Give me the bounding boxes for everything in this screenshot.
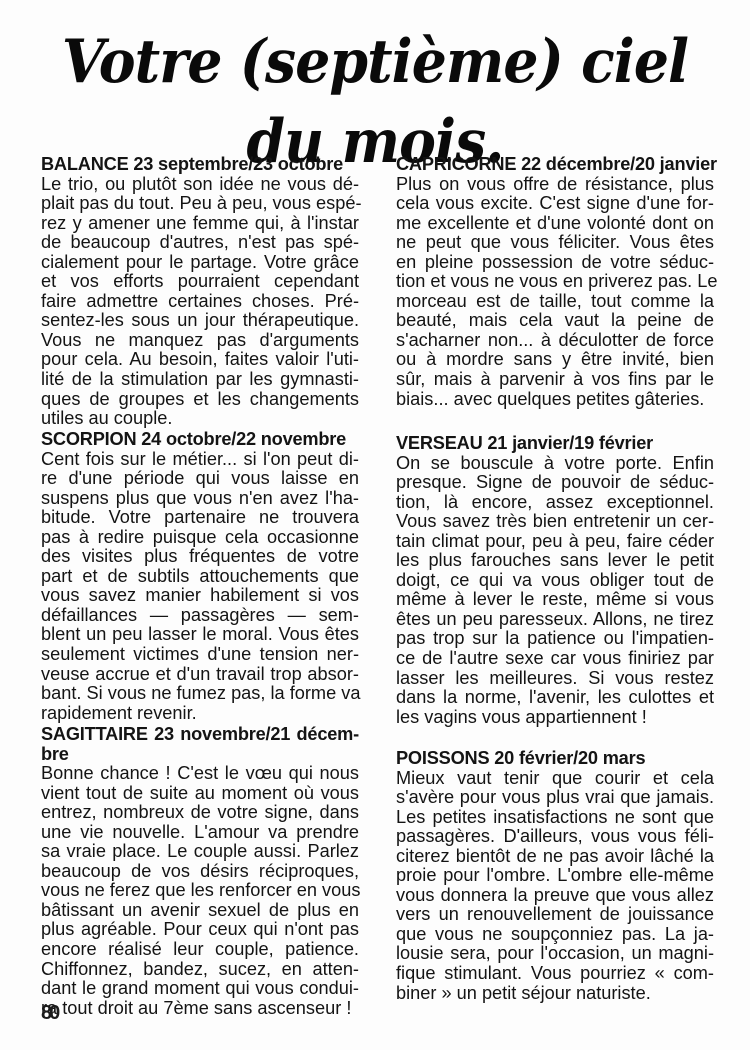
body-line: êtes un peu paresseux. Allons, ne tirez xyxy=(396,610,714,630)
entry-body: Le trio, ou plutôt son idée ne vous dé- … xyxy=(41,175,359,429)
body-line: bâtissant un avenir sexuel de plus en xyxy=(41,901,359,921)
body-line: encore réalisé leur couple, patience. xyxy=(41,940,359,960)
body-line: entrez, nombreux de votre signe, dans xyxy=(41,803,359,823)
body-line: une vie nouvelle. L'amour va prendre xyxy=(41,823,359,843)
body-line: rapidement revenir. xyxy=(41,704,359,724)
body-line: même à lever le reste, même si vous xyxy=(396,590,714,610)
body-line: seulement victimes d'une tension ner- xyxy=(41,645,359,665)
body-line: ra tout droit au 7ème sans ascenseur ! xyxy=(41,999,359,1019)
body-line: s'acharner non... à déculotter de force xyxy=(396,331,714,351)
body-line: beauté, mais cela vaut la peine de xyxy=(396,311,714,331)
horoscope-entry-scorpion: SCORPION 24 octobre/22 novembre Cent foi… xyxy=(41,430,359,723)
body-line: et vos efforts pourraient cependant xyxy=(41,272,359,292)
body-line: lité de la stimulation par les gymnasti- xyxy=(41,370,359,390)
body-line: sa vraie place. Le couple aussi. Parlez xyxy=(41,842,359,862)
body-line: Bonne chance ! C'est le vœu qui nous xyxy=(41,764,359,784)
body-line: rez y amener une femme qui, à l'instar xyxy=(41,214,359,234)
body-line: dant le grand moment qui vous condui- xyxy=(41,979,359,999)
body-line: part et de subtils attouchements que xyxy=(41,567,359,587)
body-line: proie pour l'ombre. L'ombre elle-même xyxy=(396,866,714,886)
entry-body: Cent fois sur le métier... si l'on peut … xyxy=(41,450,359,724)
body-line: pour cela. Au besoin, faites valoir l'ut… xyxy=(41,350,359,370)
body-line: doigt, ce qui va vous obliger tout de xyxy=(396,571,714,591)
body-line: sentez-les sous un jour thérapeutique. xyxy=(41,311,359,331)
body-line: en pleine possession de votre séduc- xyxy=(396,253,714,273)
magazine-page: Votre (septième) ciel du mois. BALANCE 2… xyxy=(0,0,750,1050)
body-line: veuse accrue et d'un travail trop absor- xyxy=(41,665,359,685)
body-line: défaillances — passagères — sem- xyxy=(41,606,359,626)
horoscope-entry-poissons: POISSONS 20 février/20 mars Mieux vaut t… xyxy=(396,749,714,1003)
page-number: 80 xyxy=(41,1002,57,1025)
entry-heading: BALANCE 23 septembre/23 octobre xyxy=(41,155,359,175)
body-line: cialement pour le partage. Votre grâce xyxy=(41,253,359,273)
body-line: pas à redire puisque cela occasionne xyxy=(41,528,359,548)
entry-body: On se bouscule à votre porte. Enfin pres… xyxy=(396,454,714,728)
body-line: vous donnera la preuve que vous allez xyxy=(396,886,714,906)
body-line: Chiffonnez, bandez, sucez, en atten- xyxy=(41,960,359,980)
body-line: citerez bientôt de ne pas avoir lâché la xyxy=(396,847,714,867)
body-line: Mieux vaut tenir que courir et cela xyxy=(396,769,714,789)
entry-heading: SAGITTAIRE 23 novembre/21 décem- bre xyxy=(41,725,359,764)
body-line: cela vous excite. C'est signe d'une for- xyxy=(396,194,714,214)
body-line: lasser les meilleures. Si vous restez xyxy=(396,669,714,689)
body-line: vient tout de suite au moment où vous xyxy=(41,784,359,804)
body-line: sûr, mais à parvenir à vos fins par le xyxy=(396,370,714,390)
body-line: lousie sera, pour l'occasion, un magni- xyxy=(396,944,714,964)
body-line: tion et vous ne vous en priverez pas. Le xyxy=(396,272,714,292)
body-line: On se bouscule à votre porte. Enfin xyxy=(396,454,714,474)
entry-heading: POISSONS 20 février/20 mars xyxy=(396,749,714,769)
horoscope-entry-verseau: VERSEAU 21 janvier/19 février On se bous… xyxy=(396,434,714,727)
entry-body: Mieux vaut tenir que courir et cela s'av… xyxy=(396,769,714,1004)
heading-line: CAPRICORNE 22 décembre/20 janvier xyxy=(396,155,714,175)
body-line: blent un peu lasser le moral. Vous êtes xyxy=(41,625,359,645)
heading-line: bre xyxy=(41,745,359,765)
body-line: Plus on vous offre de résistance, plus xyxy=(396,175,714,195)
entry-heading: VERSEAU 21 janvier/19 février xyxy=(396,434,714,454)
body-line: fique stimulant. Vous pourriez « com- xyxy=(396,964,714,984)
heading-line: POISSONS 20 février/20 mars xyxy=(396,749,714,769)
horoscope-entry-sagittaire: SAGITTAIRE 23 novembre/21 décem- bre Bon… xyxy=(41,725,359,1018)
body-line: ques de groupes et les changements xyxy=(41,390,359,410)
heading-line: BALANCE 23 septembre/23 octobre xyxy=(41,155,359,175)
entry-body: Bonne chance ! C'est le vœu qui nous vie… xyxy=(41,764,359,1018)
body-line: faire admettre certaines choses. Pré- xyxy=(41,292,359,312)
body-line: biner » un petit séjour naturiste. xyxy=(396,984,714,1004)
body-line: passagères. D'ailleurs, vous vous féli- xyxy=(396,827,714,847)
body-line: plait pas du tout. Peu à peu, vous espé- xyxy=(41,194,359,214)
body-line: s'avère pour vous plus vrai que jamais. xyxy=(396,788,714,808)
body-line: Vous savez très bien entretenir un cer- xyxy=(396,512,714,532)
body-line: pas trop sur la patience ou l'impatien- xyxy=(396,629,714,649)
body-line: vers un renouvellement de jouissance xyxy=(396,905,714,925)
body-line: tain climat pour, peu à peu, faire céder xyxy=(396,532,714,552)
body-line: de beaucoup d'autres, n'est pas spé- xyxy=(41,233,359,253)
body-line: presque. Signe de pouvoir de séduc- xyxy=(396,473,714,493)
body-line: plus agréable. Pour ceux qui n'ont pas xyxy=(41,920,359,940)
body-line: Le trio, ou plutôt son idée ne vous dé- xyxy=(41,175,359,195)
body-line: re d'une période qui vous laisse en xyxy=(41,469,359,489)
body-line: suspens plus que vous n'en avez l'ha- xyxy=(41,489,359,509)
body-line: Les petites insatisfactions ne sont que xyxy=(396,808,714,828)
body-line: Vous ne manquez pas d'arguments xyxy=(41,331,359,351)
body-line: bant. Si vous ne fumez pas, la forme va xyxy=(41,684,359,704)
body-line: bitude. Votre partenaire ne trouvera xyxy=(41,508,359,528)
body-line: beaucoup de vos désirs réciproques, xyxy=(41,862,359,882)
body-line: utiles au couple. xyxy=(41,409,359,429)
body-line: ou à mordre sans y être invité, bien xyxy=(396,350,714,370)
body-line: Cent fois sur le métier... si l'on peut … xyxy=(41,450,359,470)
body-line: vous savez manier habilement si vos xyxy=(41,586,359,606)
body-line: les vagins vous appartiennent ! xyxy=(396,708,714,728)
body-line: ne peut que vous féliciter. Vous êtes xyxy=(396,233,714,253)
heading-line: SAGITTAIRE 23 novembre/21 décem- xyxy=(41,725,359,745)
heading-line: VERSEAU 21 janvier/19 février xyxy=(396,434,714,454)
body-line: biais... avec quelques petites gâteries. xyxy=(396,390,714,410)
body-line: vous ne ferez que les renforcer en vous xyxy=(41,881,359,901)
body-line: des visites plus fréquentes de votre xyxy=(41,547,359,567)
heading-line: SCORPION 24 octobre/22 novembre xyxy=(41,430,359,450)
horoscope-entry-balance: BALANCE 23 septembre/23 octobre Le trio,… xyxy=(41,155,359,429)
body-line: me excellente et d'une volonté dont on xyxy=(396,214,714,234)
entry-heading: SCORPION 24 octobre/22 novembre xyxy=(41,430,359,450)
entry-body: Plus on vous offre de résistance, plus c… xyxy=(396,175,714,410)
entry-heading: CAPRICORNE 22 décembre/20 janvier xyxy=(396,155,714,175)
body-line: que vous ne soupçonniez pas. La ja- xyxy=(396,925,714,945)
body-line: morceau est de taille, tout comme la xyxy=(396,292,714,312)
body-line: tion, là encore, assez exceptionnel. xyxy=(396,493,714,513)
body-line: dans la norme, l'avenir, les culottes et xyxy=(396,688,714,708)
body-line: ce de l'autre sexe car vous finiriez par xyxy=(396,649,714,669)
body-line: les plus farouches sans lever le petit xyxy=(396,551,714,571)
horoscope-entry-capricorne: CAPRICORNE 22 décembre/20 janvier Plus o… xyxy=(396,155,714,409)
